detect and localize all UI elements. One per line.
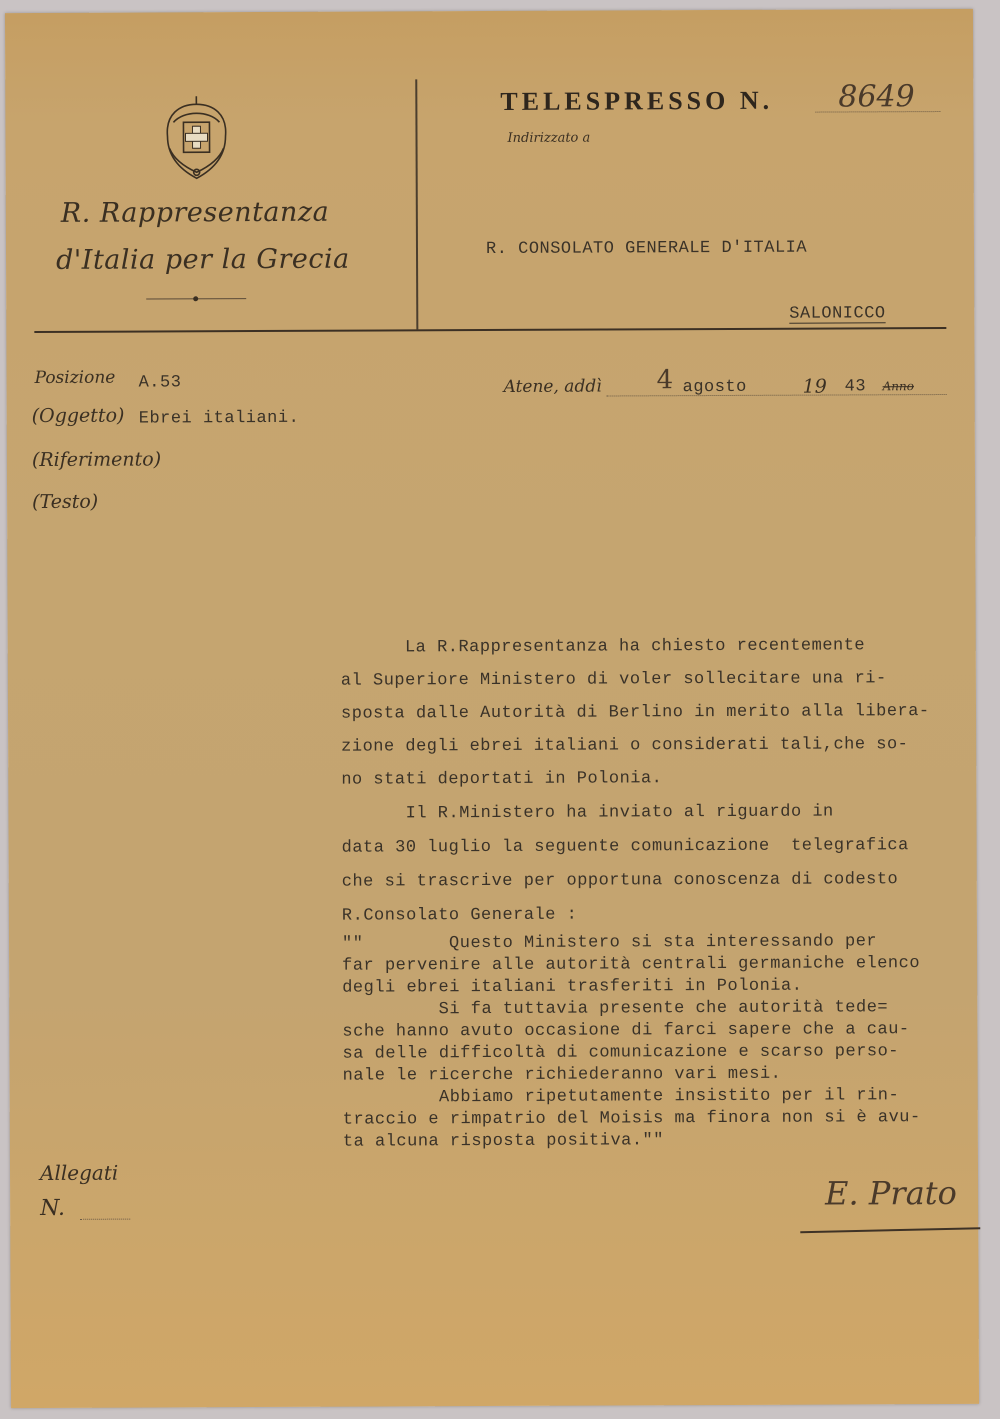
attachments-label: Allegati: [40, 1161, 118, 1185]
recipient: R. CONSOLATO GENERALE D'ITALIA: [486, 239, 807, 259]
quote-line: "" Questo Ministero si sta interessando …: [342, 931, 920, 956]
subject-value: Ebrei italiani.: [139, 409, 300, 429]
quote-line: traccio e rimpatrio del Moisis ma finora…: [343, 1107, 921, 1132]
text-label: (Testo): [32, 491, 98, 513]
quote-line: far pervenire alle autorità centrali ger…: [342, 953, 920, 978]
quote-line: Abbiamo ripetutamente insistito per il r…: [343, 1085, 921, 1110]
ornament-dot: [193, 296, 198, 301]
paragraph-1: La R.Rappresentanza ha chiesto recenteme…: [341, 629, 930, 797]
body-line: R.Consolato Generale :: [342, 897, 909, 933]
recipient-city: SALONICCO: [789, 304, 885, 323]
position-value: A.53: [139, 373, 182, 392]
body-line: che si trascrive per opportuna conoscenz…: [342, 863, 909, 899]
quote-line: Si fa tuttavia presente che autorità ted…: [342, 997, 920, 1022]
signature-underline: [800, 1227, 980, 1233]
place-label: Atene, addì: [504, 377, 602, 397]
quote-line: degli ebrei italiani trasferiti in Polon…: [342, 975, 920, 1000]
body-line: Il R.Ministero ha inviato al riguardo in: [341, 795, 908, 831]
subject-label: (Oggetto): [32, 405, 125, 427]
quote-line: sche hanno avuto occasione di farci sape…: [342, 1019, 920, 1044]
letterhead-line2: d'Italia per la Grecia: [56, 244, 350, 276]
header-divider: [415, 79, 418, 329]
document-sheet: R. Rappresentanza d'Italia per la Grecia…: [5, 9, 979, 1408]
reference-label: (Riferimento): [32, 448, 161, 471]
body-line: al Superiore Ministero di voler sollecit…: [341, 662, 930, 698]
quote-line: nale le ricerche richiederanno vari mesi…: [343, 1063, 921, 1088]
position-label: Posizione: [35, 368, 116, 388]
quoted-telegram: "" Questo Ministero si sta interessando …: [342, 931, 921, 1154]
body-line: sposta dalle Autorità di Berlino in meri…: [341, 695, 930, 731]
body-line: data 30 luglio la seguente comunicazione…: [342, 829, 909, 865]
date-year-suffix: 43: [845, 377, 866, 396]
addressed-label: Indirizzato a: [507, 131, 590, 146]
era-label: Anno: [883, 379, 914, 393]
signature: E. Prato: [825, 1174, 957, 1213]
body-line: no stati deportati in Polonia.: [341, 761, 930, 797]
body-line: La R.Rappresentanza ha chiesto recenteme…: [341, 629, 930, 665]
header-rule: [34, 327, 946, 333]
document-title: TELESPRESSO N.: [500, 86, 773, 117]
savoy-crest-icon: [153, 92, 239, 184]
letterhead-line1: R. Rappresentanza: [61, 197, 330, 229]
body-line: zione degli ebrei italiani o considerati…: [341, 728, 930, 764]
telespresso-number: 8649: [838, 79, 915, 114]
paragraph-2: Il R.Ministero ha inviato al riguardo in…: [341, 795, 909, 933]
quote-line: sa delle difficoltà di comunicazione e s…: [342, 1041, 920, 1066]
attachments-line: [80, 1219, 130, 1220]
date-month: agosto: [683, 378, 747, 397]
attachments-number-label: N.: [40, 1196, 65, 1221]
date-year-prefix: 19: [803, 376, 827, 398]
date-day: 4: [657, 365, 674, 395]
quote-line: ta alcuna risposta positiva."": [343, 1129, 921, 1154]
